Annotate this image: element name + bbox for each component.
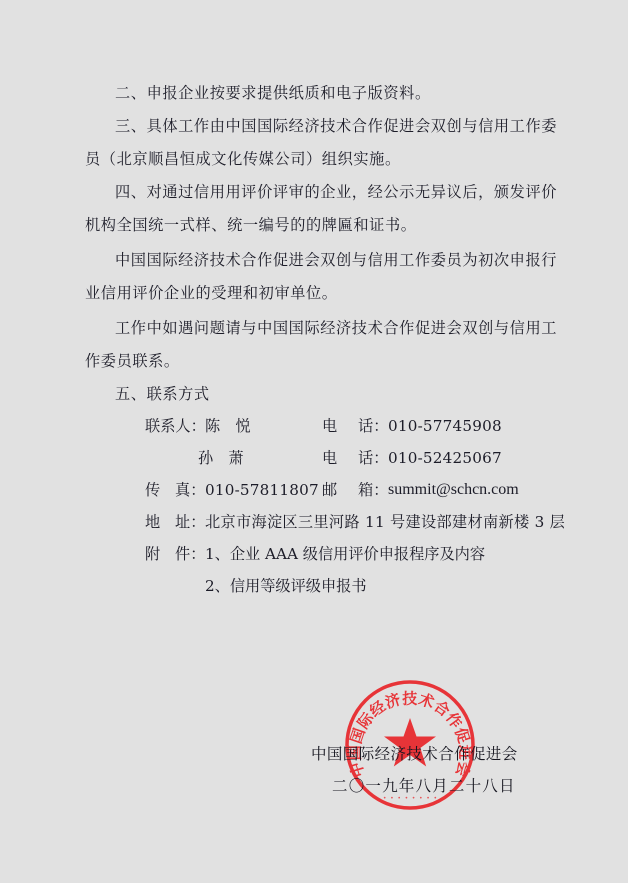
signature-organization: 中国国际经济技术合作促进会	[311, 744, 518, 764]
fax-label-char-2: 真：	[175, 480, 205, 500]
contact-person-label: 联系人：	[145, 416, 206, 436]
contact-person-name-2: 孙 萧	[198, 448, 244, 468]
address-label-char-2: 址：	[175, 512, 205, 532]
paragraph-item-3-line-1: 三、具体工作由中国国际经济技术合作促进会双创与信用工作委	[115, 116, 557, 136]
paragraph-note-1-line-1: 中国国际经济技术合作促进会双创与信用工作委员为初次申报行	[115, 250, 557, 270]
phone-label-char-1: 电	[322, 448, 337, 468]
address-value: 北京市海淀区三里河路 11 号建设部建材南新楼 3 层	[205, 512, 565, 532]
fax-label-char-1: 传	[145, 480, 160, 500]
attachment-item-1: 1、企业 AAA 级信用评价申报程序及内容	[205, 544, 485, 564]
paragraph-note-1-line-2: 业信用评价企业的受理和初审单位。	[85, 283, 338, 303]
phone-label-char-2: 话：	[358, 416, 388, 436]
contact-phone-2: 010-52425067	[388, 448, 502, 468]
phone-label-char-1: 电	[322, 416, 337, 436]
email-label-char-2: 箱：	[358, 480, 388, 500]
email-value: summit@schcn.com	[388, 480, 519, 500]
svg-text:• • • • • • • •: • • • • • • • •	[383, 795, 437, 802]
contact-person-name-1: 陈 悦	[205, 416, 251, 436]
phone-label-char-2: 话：	[358, 448, 388, 468]
signature-date: 二〇一九年八月二十八日	[332, 776, 516, 796]
paragraph-item-3-line-2: 员（北京顺昌恒成文化传媒公司）组织实施。	[85, 149, 401, 169]
paragraph-item-4-line-2: 机构全国统一式样、统一编号的的牌匾和证书。	[85, 215, 417, 235]
email-label-char-1: 邮	[322, 480, 337, 500]
document-page: 二、申报企业按要求提供纸质和电子版资料。 三、具体工作由中国国际经济技术合作促进…	[0, 0, 628, 883]
attachments-label-char-2: 件：	[175, 544, 205, 564]
attachments-label-char-1: 附	[145, 544, 160, 564]
address-label-char-1: 地	[145, 512, 160, 532]
paragraph-item-2: 二、申报企业按要求提供纸质和电子版资料。	[115, 83, 431, 103]
paragraph-item-4-line-1: 四、对通过信用用评价评审的企业，经公示无异议后，颁发评价	[115, 182, 557, 202]
paragraph-note-2-line-1: 工作中如遇问题请与中国国际经济技术合作促进会双创与信用工	[115, 318, 557, 338]
contact-heading: 五、联系方式	[115, 384, 210, 404]
paragraph-note-2-line-2: 作委员联系。	[85, 351, 180, 371]
fax-value: 010-57811807	[205, 480, 319, 500]
contact-phone-1: 010-57745908	[388, 416, 502, 436]
attachment-item-2: 2、信用等级评级申报书	[205, 576, 367, 596]
